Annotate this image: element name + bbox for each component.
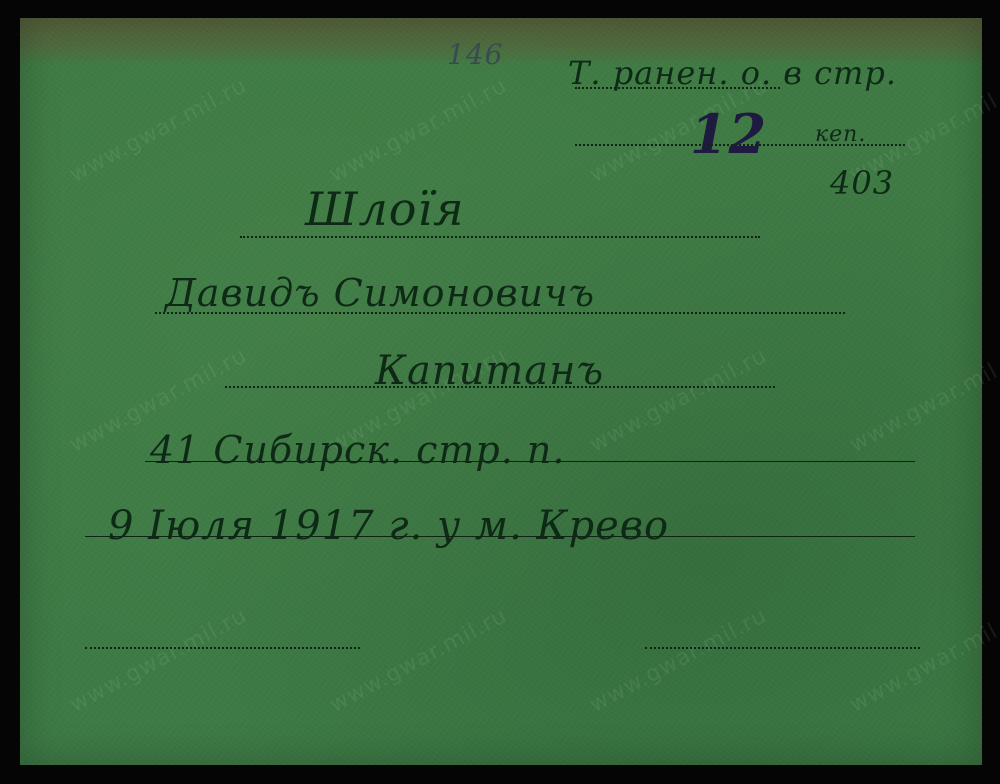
watermark: www.gwar.mil.ru <box>326 73 512 188</box>
blank-line-right <box>645 647 920 649</box>
name-patronymic-field: Давидъ Симоновичъ <box>165 271 595 315</box>
surname-field: Шлоїя <box>305 182 465 236</box>
watermark: www.gwar.mil.ru <box>586 603 772 718</box>
date-place-line <box>85 536 915 537</box>
watermark: www.gwar.mil.ru <box>66 603 252 718</box>
number-marked: 12 <box>690 102 767 166</box>
rank-line <box>225 386 775 388</box>
name-line <box>155 312 845 314</box>
status-line <box>575 87 780 89</box>
unit-field: 41 Сибирск. стр. п. <box>150 428 565 472</box>
archive-index-card: www.gwar.mil.ru www.gwar.mil.ru www.gwar… <box>20 18 982 765</box>
watermark: www.gwar.mil.ru <box>586 343 772 458</box>
number-extra: 403 <box>830 164 894 202</box>
archive-number: 146 <box>447 38 503 71</box>
watermark: www.gwar.mil.ru <box>326 603 512 718</box>
blank-line-left <box>85 647 360 649</box>
watermark: www.gwar.mil.ru <box>846 603 1000 718</box>
unit-line <box>145 461 915 462</box>
watermark: www.gwar.mil.ru <box>66 73 252 188</box>
watermark: www.gwar.mil.ru <box>846 343 1000 458</box>
surname-line <box>240 236 760 238</box>
sub-status-line <box>575 144 905 146</box>
date-place-field: 9 Іюля 1917 г. у м. Крево <box>108 503 669 549</box>
